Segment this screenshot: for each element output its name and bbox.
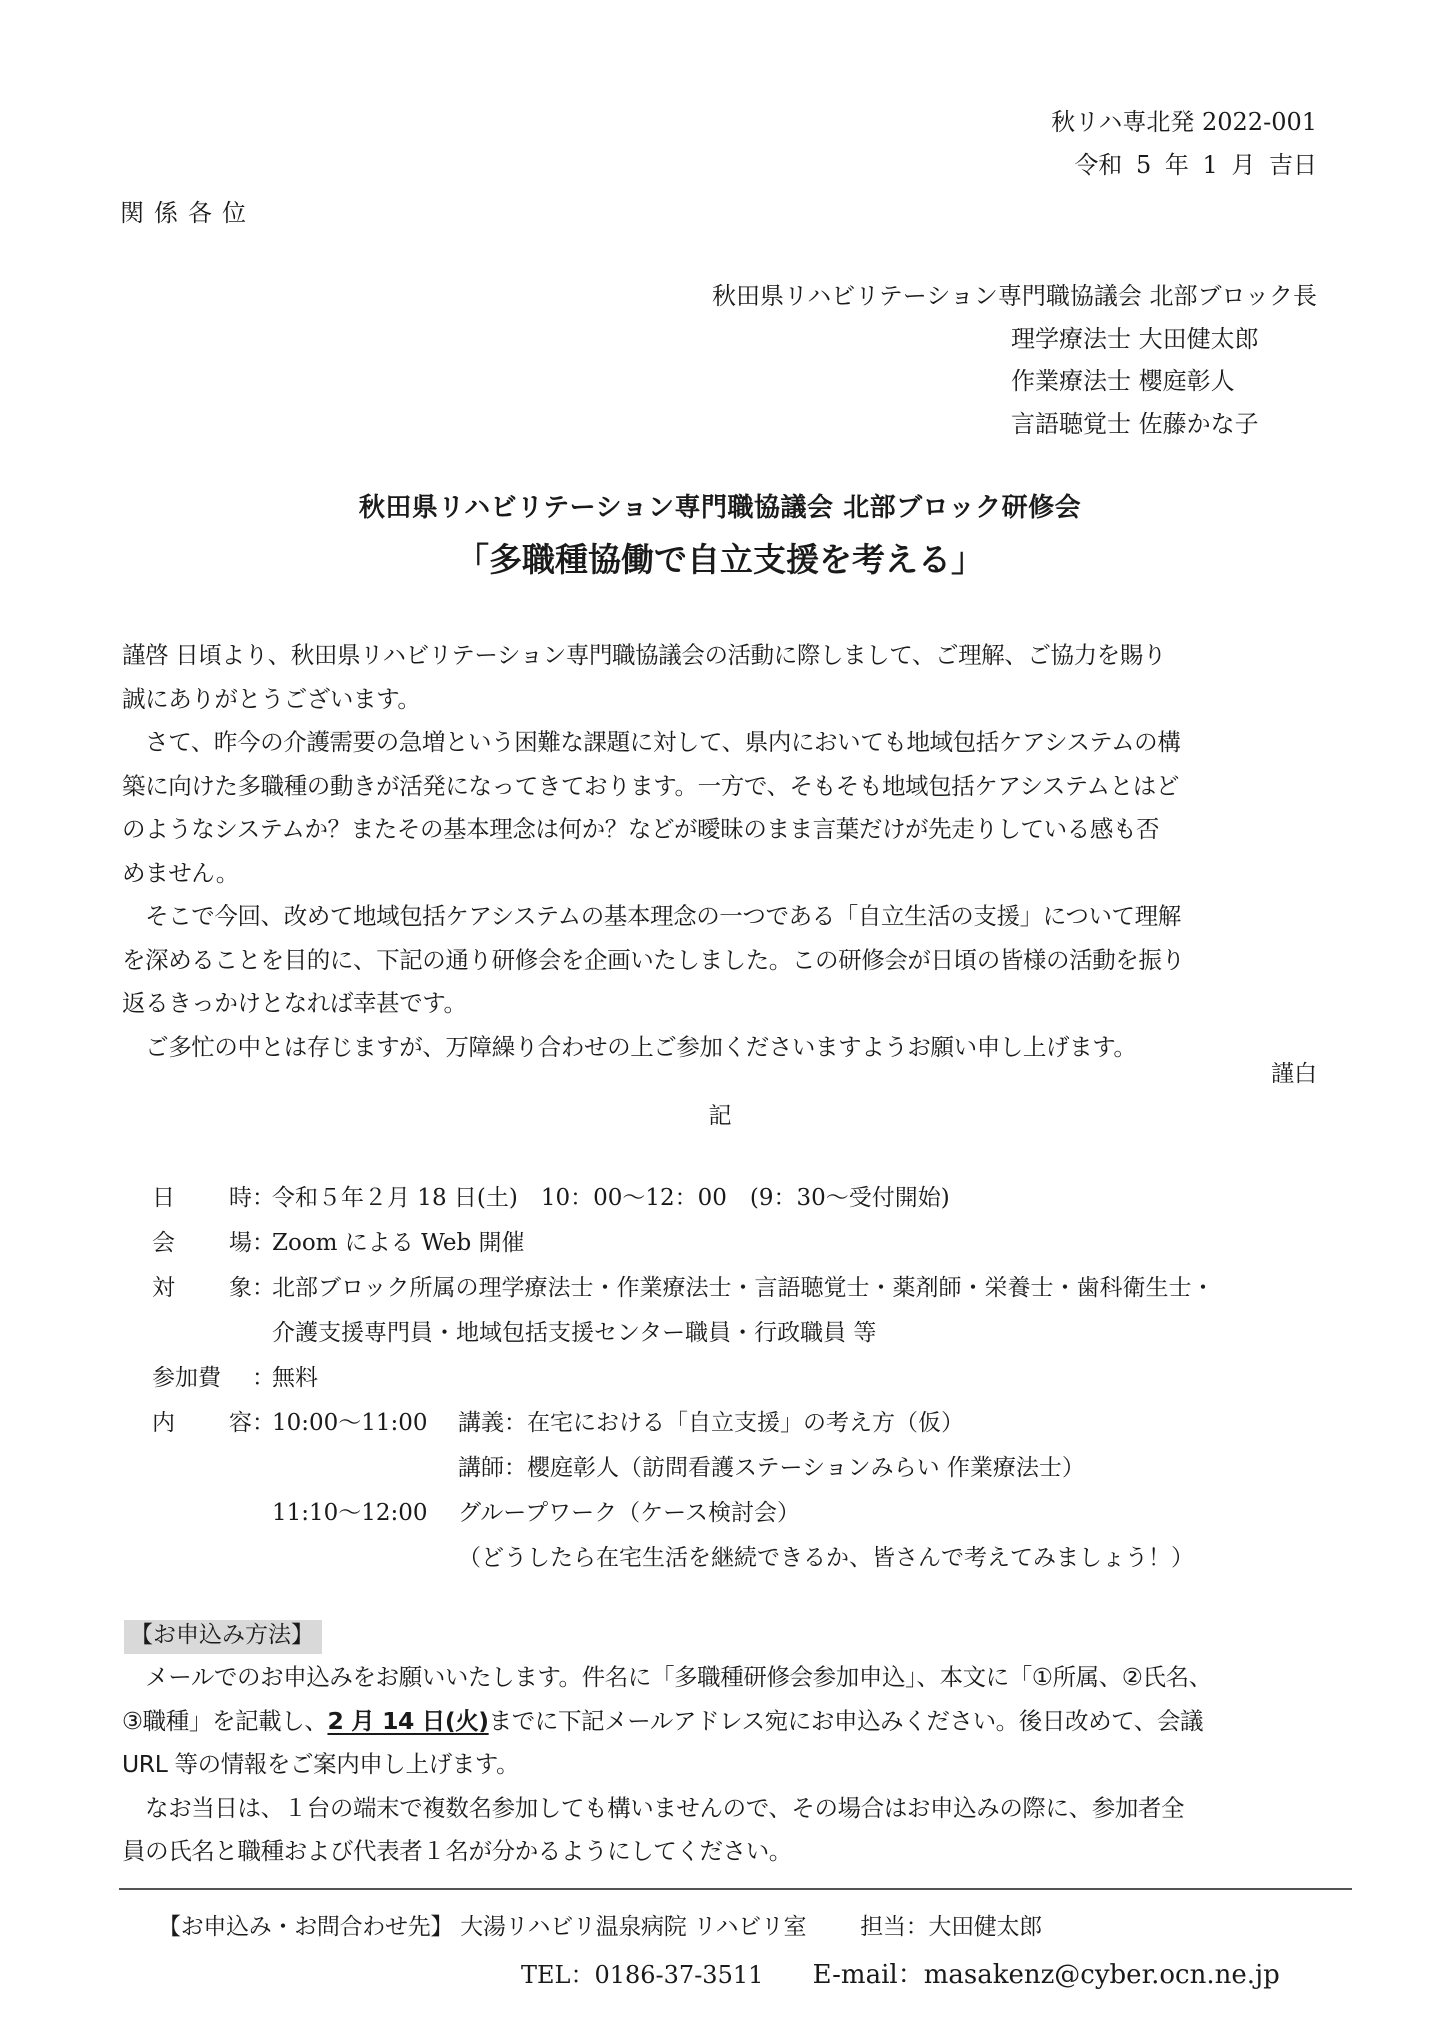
detail-label: 参加費: [152, 1367, 252, 1390]
text-line: 返るきっかけとなれば幸甚です。: [122, 982, 1334, 1026]
detail-content-session-2: 11:10～12:00 グループワーク（ケース検討会）: [152, 1491, 1215, 1536]
paragraph-background: さて、昨今の介護需要の急増という困難な課題に対して、県内においても地域包括ケアシ…: [122, 721, 1334, 895]
contact-person: 担当：大田健太郎: [860, 1914, 1042, 1940]
text-line: そこで今回、改めて地域包括ケアシステムの基本理念の一つである「自立生活の支援」に…: [122, 895, 1334, 939]
application-deadline: 2 月 14 日(火): [327, 1707, 488, 1735]
label-char: 会: [152, 1232, 175, 1255]
horizontal-divider: [119, 1888, 1352, 1890]
sender-member: 理学療法士 大田健太郎: [1011, 327, 1259, 351]
closing-word: 謹白: [1271, 1063, 1317, 1086]
session-time: 11:10～12:00: [272, 1502, 458, 1525]
label-char: 容: [229, 1412, 252, 1435]
application-method-heading: 【お申込み方法】: [124, 1620, 322, 1654]
detail-venue: 会 場 ： Zoom による Web 開催: [152, 1221, 1215, 1266]
paragraph-greeting: 謹啓 日頃より、秋田県リハビリテーション専門職協議会の活動に際しまして、ご理解、…: [122, 634, 1334, 721]
text-line: めません。: [122, 852, 1334, 896]
contact-facility: 大湯リハビリ温泉病院 リハビリ室: [460, 1914, 806, 1940]
detail-target-continued: 介護支援専門員・地域包括支援センター職員・行政職員 等: [152, 1311, 1215, 1356]
contact-info-line: TEL：0186-37-3511 E-mail：masakenz@cyber.o…: [521, 1962, 1280, 1988]
detail-label: 日 時: [152, 1187, 252, 1210]
separator: ：: [252, 1367, 272, 1390]
event-details: 日 時 ： 令和５年２月 18 日(土) 10：00～12：00 (9：30～受…: [152, 1176, 1215, 1581]
paragraph-request: ご多忙の中とは存じますが、万障繰り合わせの上ご参加くださいますようお願い申し上げ…: [122, 1026, 1334, 1070]
detail-content-session-2-note: （どうしたら在宅生活を継続できるか、皆さんで考えてみましょう！）: [152, 1536, 1215, 1581]
session-title: グループワーク（ケース検討会）: [458, 1502, 800, 1525]
recipient: 関係各位: [120, 201, 256, 225]
text-segment: ③職種」を記載し、: [122, 1707, 327, 1735]
text-line: 築に向けた多職種の動きが活発になってきております。一方で、そもそも地域包括ケアシ…: [122, 765, 1334, 809]
document-reference-number: 秋リハ専北発 2022-001: [1051, 110, 1317, 134]
detail-datetime: 日 時 ： 令和５年２月 18 日(土) 10：00～12：00 (9：30～受…: [152, 1176, 1215, 1221]
target-value: 介護支援専門員・地域包括支援センター職員・行政職員 等: [272, 1322, 876, 1345]
text-line: ご多忙の中とは存じますが、万障繰り合わせの上ご参加くださいますようお願い申し上げ…: [122, 1026, 1334, 1070]
session-lecturer: 講師：櫻庭彰人（訪問看護ステーションみらい 作業療法士）: [458, 1457, 1085, 1480]
contact-tel: TEL：0186-37-3511: [521, 1961, 763, 1989]
detail-target: 対 象 ： 北部ブロック所属の理学療法士・作業療法士・言語聴覚士・薬剤師・栄養士…: [152, 1266, 1215, 1311]
application-body: メールでのお申込みをお願いいたします。件名に「多職種研修会参加申込」、本文に「①…: [122, 1656, 1334, 1874]
separator: ：: [252, 1412, 272, 1435]
session-title: 講義：在宅における「自立支援」の考え方（仮）: [458, 1412, 964, 1435]
text-line: ③職種」を記載し、2 月 14 日(火)までに下記メールアドレス宛にお申込みくだ…: [122, 1700, 1334, 1744]
contact-label: 【お申込み・お問合わせ先】: [158, 1914, 453, 1940]
paragraph-purpose: そこで今回、改めて地域包括ケアシステムの基本理念の一つである「自立生活の支援」に…: [122, 895, 1334, 1026]
contact-email[interactable]: E-mail：masakenz@cyber.ocn.ne.jp: [813, 1960, 1280, 1990]
text-line: なお当日は、１台の端末で複数名参加しても構いませんので、その場合はお申込みの際に…: [122, 1787, 1334, 1831]
detail-content-session-1: 内 容 ： 10:00～11:00 講義：在宅における「自立支援」の考え方（仮）: [152, 1401, 1215, 1446]
event-main-title: 「多職種協働で自立支援を考える」: [0, 543, 1440, 576]
text-line: 員の氏名と職種および代表者１名が分かるようにしてください。: [122, 1830, 1334, 1874]
label-char: 場: [229, 1232, 252, 1255]
label-char: 日: [152, 1187, 175, 1210]
detail-label: 会 場: [152, 1232, 252, 1255]
separator: ：: [252, 1232, 272, 1255]
ki-heading: 記: [0, 1105, 1440, 1128]
fee-value: 無料: [272, 1367, 318, 1390]
event-organizer-title: 秋田県リハビリテーション専門職協議会 北部ブロック研修会: [0, 495, 1440, 521]
detail-label: 内 容: [152, 1412, 252, 1435]
label-char: 内: [152, 1412, 175, 1435]
sender-member: 作業療法士 櫻庭彰人: [1011, 369, 1235, 393]
text-line: 謹啓 日頃より、秋田県リハビリテーション専門職協議会の活動に際しまして、ご理解、…: [122, 634, 1334, 678]
datetime-value: 令和５年２月 18 日(土) 10：00～12：00 (9：30～受付開始): [272, 1187, 950, 1210]
label-char: 象: [229, 1277, 252, 1300]
target-value: 北部ブロック所属の理学療法士・作業療法士・言語聴覚士・薬剤師・栄養士・歯科衛生士…: [272, 1277, 1215, 1300]
sender-member: 言語聴覚士 佐藤かな子: [1011, 412, 1259, 436]
label-char: 対: [152, 1277, 175, 1300]
separator: ：: [252, 1187, 272, 1210]
session-note: （どうしたら在宅生活を継続できるか、皆さんで考えてみましょう！）: [458, 1547, 1194, 1570]
detail-content-session-1-lecturer: 講師：櫻庭彰人（訪問看護ステーションみらい 作業療法士）: [152, 1446, 1215, 1491]
venue-value: Zoom による Web 開催: [272, 1232, 525, 1255]
document-date: 令和 5 年 1 月 吉日: [1074, 153, 1317, 177]
text-line: メールでのお申込みをお願いいたします。件名に「多職種研修会参加申込」、本文に「①…: [122, 1656, 1334, 1700]
letter-body: 謹啓 日頃より、秋田県リハビリテーション専門職協議会の活動に際しまして、ご理解、…: [122, 634, 1334, 1069]
contact-info-line: 【お申込み・お問合わせ先】 大湯リハビリ温泉病院 リハビリ室 担当：大田健太郎: [158, 1916, 1042, 1939]
text-line: を深めることを目的に、下記の通り研修会を企画いたしました。この研修会が日頃の皆様…: [122, 939, 1334, 983]
detail-fee: 参加費 ： 無料: [152, 1356, 1215, 1401]
text-line: 誠にありがとうございます。: [122, 678, 1334, 722]
label-char: 時: [229, 1187, 252, 1210]
text-segment: までに下記メールアドレス宛にお申込みください。後日改めて、会議: [489, 1707, 1203, 1735]
text-line: URL 等の情報をご案内申し上げます。: [122, 1743, 1334, 1787]
detail-label: 対 象: [152, 1277, 252, 1300]
text-line: のようなシステムか？またその基本理念は何か？などが曖昧のまま言葉だけが先走りして…: [122, 808, 1334, 852]
session-time: 10:00～11:00: [272, 1412, 458, 1435]
text-line: さて、昨今の介護需要の急増という困難な課題に対して、県内においても地域包括ケアシ…: [122, 721, 1334, 765]
sender-organization: 秋田県リハビリテーション専門職協議会 北部ブロック長: [712, 284, 1317, 308]
separator: ：: [252, 1277, 272, 1300]
